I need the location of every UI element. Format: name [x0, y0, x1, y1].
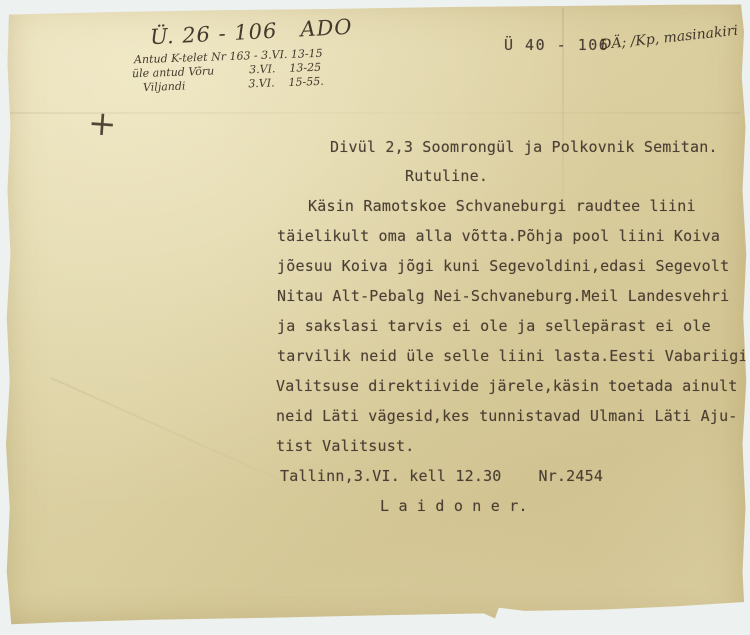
typed-body-line: Nitau Alt-Pebalg Nei-Schvaneburg.Meil La…: [277, 287, 729, 305]
typed-body-line: tist Valitsust.: [276, 437, 414, 455]
typed-date-line: Tallinn,3.VI. kell 12.30 Nr.2454: [280, 467, 603, 485]
scan-background: Ü. 26 - 106 ADO Antud K-telet Nr 163 - 3…: [0, 0, 750, 635]
typed-address-line: Divül 2,3 Soomrongül ja Polkovnik Semita…: [330, 138, 718, 156]
typed-urgency-line: Rutuline.: [405, 167, 488, 185]
typed-body-line: täielikult oma alla võtta.Põhja pool lii…: [277, 227, 720, 245]
typed-body-line: Valitsuse direktiivide järele,käsin toet…: [276, 377, 738, 395]
typed-body-line: Käsin Ramotskoe Schvaneburgi raudtee lii…: [308, 197, 696, 215]
typed-signature: L a i d o n e r.: [380, 497, 528, 515]
typed-body-line: neid Läti vägesid,kes tunnistavad Ulmani…: [276, 407, 738, 425]
paper-crease-horizontal: [10, 112, 740, 114]
handwritten-registry-heading: Ü. 26 - 106 ADO: [150, 15, 354, 50]
typed-file-number: Ü 40 - 106: [504, 36, 609, 54]
paper-crease-diagonal: [51, 377, 289, 485]
typed-body-line: tarvilik neid üle selle liini lasta.Eest…: [277, 347, 748, 365]
handwritten-cross-mark: +: [87, 103, 118, 145]
handwritten-note-right: DÄ; /Kp, masinakiri: [600, 23, 739, 53]
document-paper: Ü. 26 - 106 ADO Antud K-telet Nr 163 - 3…: [0, 0, 750, 635]
typed-body-line: ja sakslasi tarvis ei ole ja sellepärast…: [277, 317, 711, 335]
typed-body-line: jõesuu Koiva jõgi kuni Segevoldini,edasi…: [277, 257, 729, 275]
